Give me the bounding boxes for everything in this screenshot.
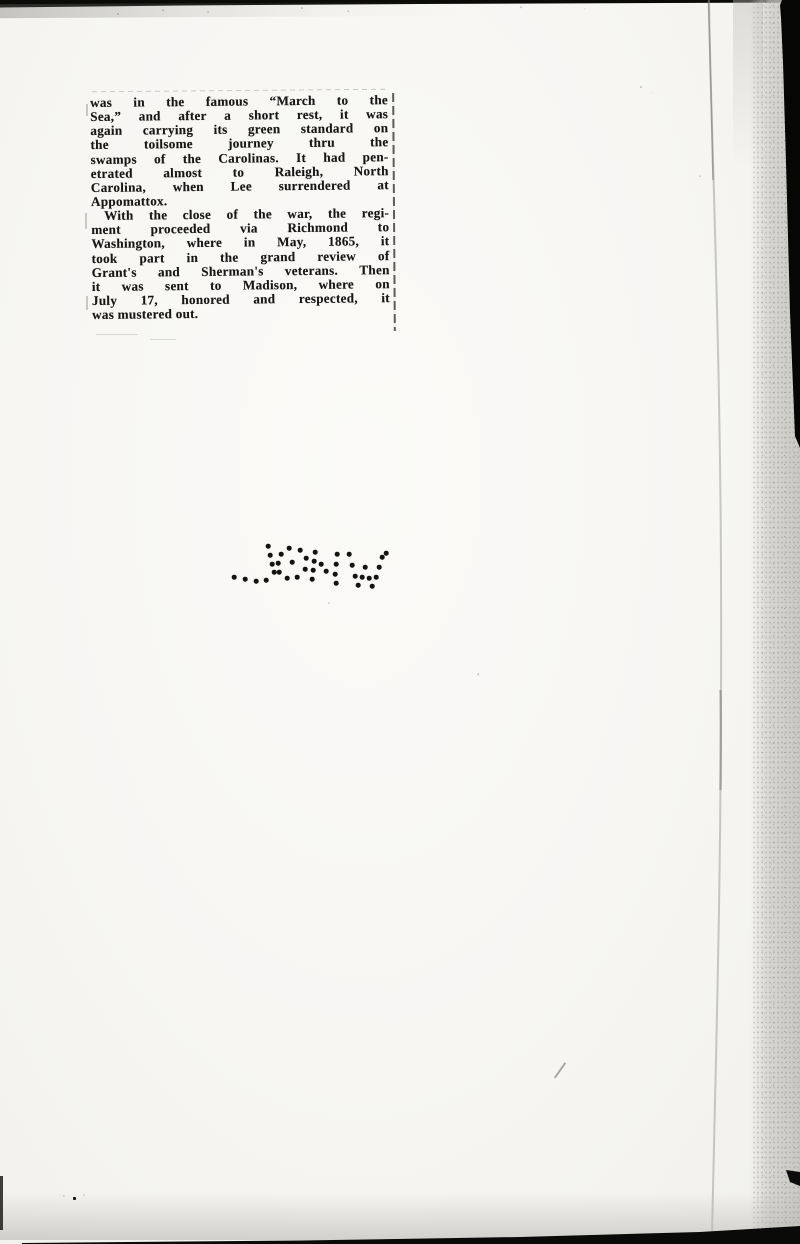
- dust-speck: [63, 1195, 65, 1197]
- dust-speck: [267, 139, 268, 140]
- dust-speck: [301, 7, 303, 9]
- dust-specks-layer: [0, 0, 800, 1244]
- dust-speck: [520, 6, 522, 8]
- dust-speck: [328, 602, 330, 604]
- dust-speck: [83, 1194, 85, 1196]
- dust-speck: [347, 10, 349, 12]
- dust-speck: [162, 9, 164, 11]
- dust-speck: [584, 8, 585, 9]
- dust-speck: [699, 175, 701, 177]
- dust-speck: [652, 92, 653, 93]
- dust-speck: [117, 13, 119, 15]
- dust-speck: [640, 86, 642, 88]
- scanned-page: wasinthefamous“MarchtotheSea,”andafteras…: [0, 0, 800, 1244]
- dust-speck: [207, 11, 209, 13]
- dust-speck: [477, 673, 479, 675]
